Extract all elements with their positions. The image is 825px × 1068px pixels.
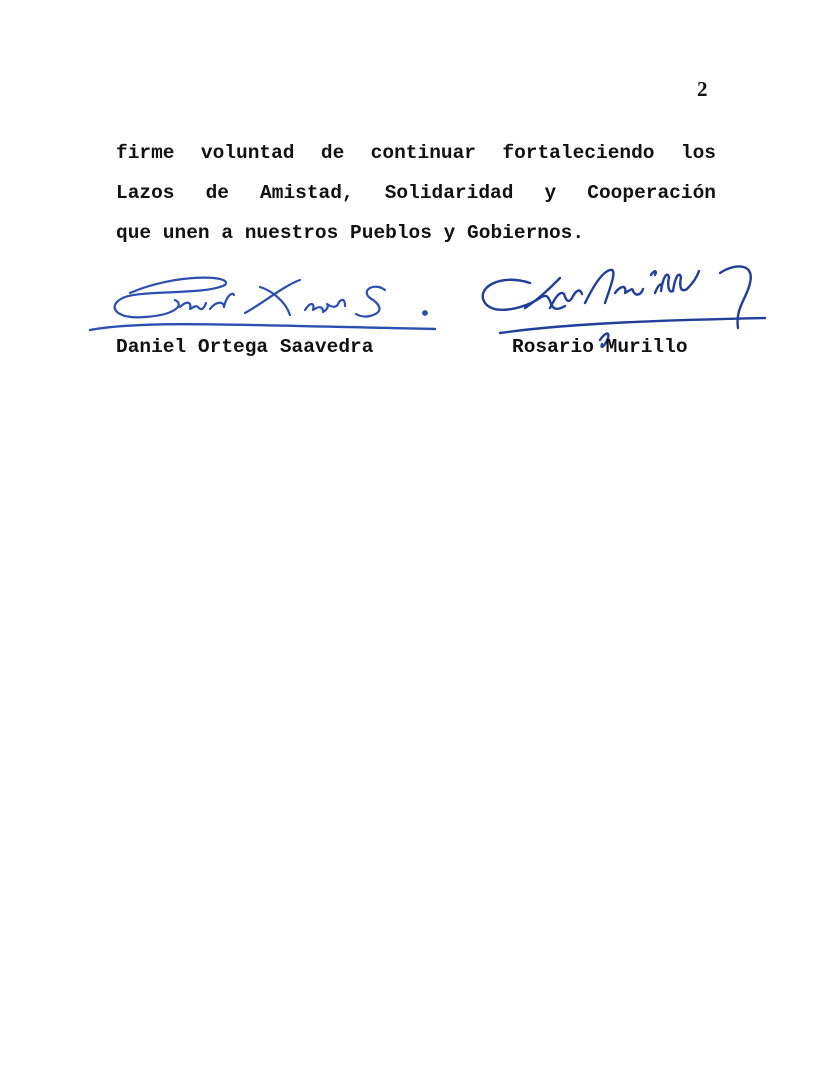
document-page: 2 firme voluntad de continuar fortalecie…: [0, 0, 825, 1068]
paragraph-line: Lazos de Amistad, Solidaridad y Cooperac…: [116, 173, 716, 213]
signature-daniel-ortega: [85, 265, 445, 340]
closing-paragraph: firme voluntad de continuar fortaleciend…: [116, 133, 716, 253]
signer-name: Daniel Ortega Saavedra: [116, 336, 373, 358]
paragraph-line: que unen a nuestros Pueblos y Gobiernos.: [116, 213, 716, 253]
signer-name: Rosario Murillo: [512, 336, 688, 358]
signature-rosario-murillo: [470, 248, 770, 348]
paragraph-line: firme voluntad de continuar fortaleciend…: [116, 133, 716, 173]
page-number: 2: [697, 77, 708, 102]
